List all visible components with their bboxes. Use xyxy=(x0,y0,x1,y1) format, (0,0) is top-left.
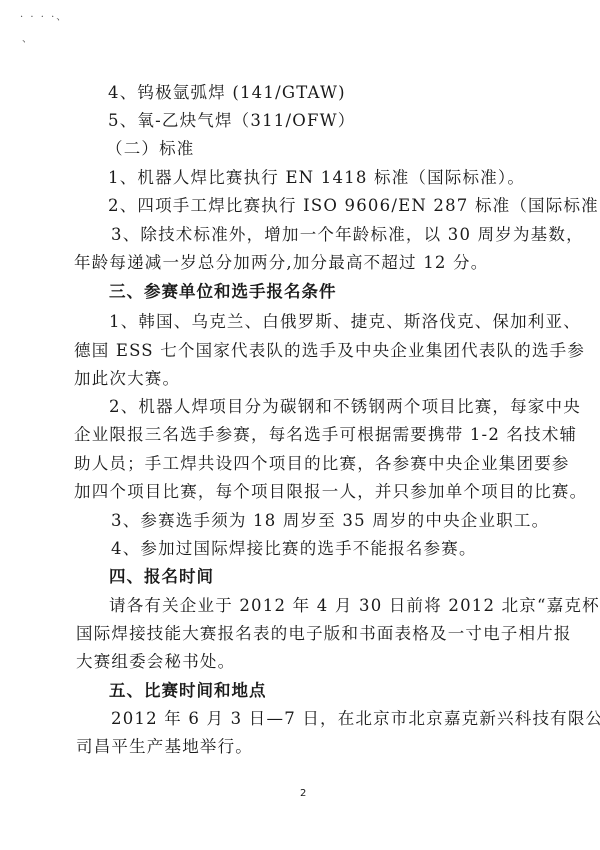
standards-item-3: 3、除技术标准外，增加一个年龄标准，以 30 周岁为基数， xyxy=(111,221,584,249)
paragraph-line: 德国 ESS 七个国家代表队的选手及中央企业集团代表队的选手参 xyxy=(74,337,585,365)
time-place-paragraph: 2012 年 6 月 3 日—7 日，在北京市北京嘉克新兴科技有限公 xyxy=(111,705,600,733)
section-heading-time-place: 五、比赛时间和地点 xyxy=(109,677,267,705)
paragraph-line: 国际焊接技能大赛报名表的电子版和书面表格及一寸电子相片报 xyxy=(76,620,572,648)
standards-item-2: 2、四项手工焊比赛执行 ISO 9606/EN 287 标准（国际标准）。 xyxy=(108,192,600,220)
eligibility-item-4: 4、参加过国际焊接比赛的选手不能报名参赛。 xyxy=(111,535,477,563)
paragraph-line: 司昌平生产基地举行。 xyxy=(76,733,253,761)
paragraph-line: 加此次大赛。 xyxy=(74,365,180,393)
section-heading-registration: 四、报名时间 xyxy=(109,563,214,591)
scan-speck: 、 xyxy=(22,30,32,45)
paragraph-line: 助人员；手工焊共设四个项目的比赛，各参赛中央企业集团要参 xyxy=(74,450,570,478)
page-number: 2 xyxy=(300,788,306,799)
list-item-gtaw: 4、钨极氩弧焊 (141/GTAW) xyxy=(108,79,346,107)
registration-paragraph: 请各有关企业于 2012 年 4 月 30 日前将 2012 北京“嘉克杯” xyxy=(109,592,600,620)
scan-specks: · · · ·、 xyxy=(20,8,68,23)
section-heading-eligibility: 三、参赛单位和选手报名条件 xyxy=(109,278,337,306)
eligibility-item-3: 3、参赛选手须为 18 周岁至 35 周岁的中央企业职工。 xyxy=(111,507,549,535)
list-item-ofw: 5、氧-乙炔气焊（311/OFW） xyxy=(108,107,355,135)
eligibility-item-2: 2、机器人焊项目分为碳钢和不锈钢两个项目比赛，每家中央 xyxy=(109,393,581,421)
standards-item-1: 1、机器人焊比赛执行 EN 1418 标准（国际标准）。 xyxy=(108,164,525,192)
subheading-standards: （二）标准 xyxy=(106,135,195,163)
paragraph-line: 年龄每递减一岁总分加两分,加分最高不超过 12 分。 xyxy=(74,249,488,277)
paragraph-line: 加四个项目比赛，每个项目限报一人，并只参加单个项目的比赛。 xyxy=(74,478,587,506)
eligibility-item-1: 1、韩国、乌克兰、白俄罗斯、捷克、斯洛伐克、保加利亚、 xyxy=(109,308,581,336)
paragraph-line: 大赛组委会秘书处。 xyxy=(76,648,235,676)
paragraph-line: 企业限报三名选手参赛，每名选手可根据需要携带 1-2 名技术辅 xyxy=(74,421,577,449)
